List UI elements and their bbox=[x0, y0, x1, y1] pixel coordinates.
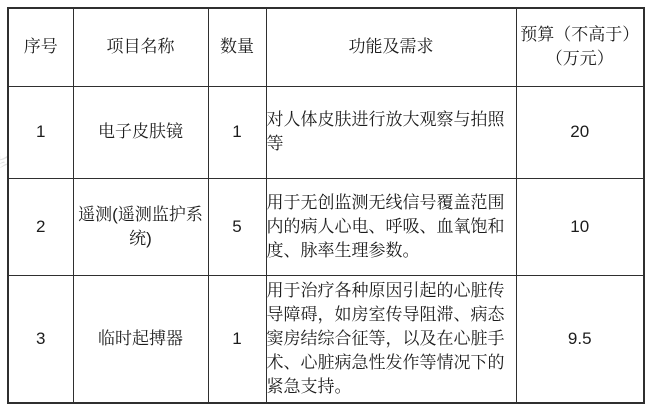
cell-project-name: 电子皮肤镜 bbox=[73, 86, 208, 178]
cell-budget: 20 bbox=[516, 86, 644, 178]
header-budget-line1: 预算（不高于） bbox=[517, 23, 644, 47]
cell-serial-no: 3 bbox=[8, 275, 73, 403]
cell-quantity: 1 bbox=[208, 275, 266, 403]
header-cell-function: 功能及需求 bbox=[266, 8, 516, 86]
header-cell-serial-no: 序号 bbox=[8, 8, 73, 86]
cell-function: 用于无创监测无线信号覆盖范围内的病人心电、呼吸、血氧饱和度、脉率生理参数。 bbox=[266, 178, 516, 275]
table-row: 3 临时起搏器 1 用于治疗各种原因引起的心脏传导障碍，如房室传导阻滞、病态窦房… bbox=[8, 275, 644, 403]
watermark-fragment: 4 bbox=[0, 175, 5, 197]
cell-function: 用于治疗各种原因引起的心脏传导障碍，如房室传导阻滞、病态窦房结综合征等，以及在心… bbox=[266, 275, 516, 403]
page: 冬 4 序号 项目名称 数量 功能及需求 预算（不高于） （万元） 1 电子皮肤… bbox=[0, 0, 649, 410]
header-cell-project-name: 项目名称 bbox=[73, 8, 208, 86]
table-row: 2 遥测(遥测监护系统) 5 用于无创监测无线信号覆盖范围内的病人心电、呼吸、血… bbox=[8, 178, 644, 275]
cell-project-name: 临时起搏器 bbox=[73, 275, 208, 403]
cell-budget: 10 bbox=[516, 178, 644, 275]
header-budget-line2: （万元） bbox=[517, 47, 644, 71]
cell-project-name: 遥测(遥测监护系统) bbox=[73, 178, 208, 275]
cell-function: 对人体皮肤进行放大观察与拍照等 bbox=[266, 86, 516, 178]
equipment-spec-table: 序号 项目名称 数量 功能及需求 预算（不高于） （万元） 1 电子皮肤镜 1 … bbox=[7, 7, 645, 404]
cell-serial-no: 2 bbox=[8, 178, 73, 275]
header-cell-budget: 预算（不高于） （万元） bbox=[516, 8, 644, 86]
header-cell-quantity: 数量 bbox=[208, 8, 266, 86]
table-header-row: 序号 项目名称 数量 功能及需求 预算（不高于） （万元） bbox=[8, 8, 644, 86]
cell-budget: 9.5 bbox=[516, 275, 644, 403]
cell-serial-no: 1 bbox=[8, 86, 73, 178]
cell-quantity: 5 bbox=[208, 178, 266, 275]
cell-quantity: 1 bbox=[208, 86, 266, 178]
table-row: 1 电子皮肤镜 1 对人体皮肤进行放大观察与拍照等 20 bbox=[8, 86, 644, 178]
